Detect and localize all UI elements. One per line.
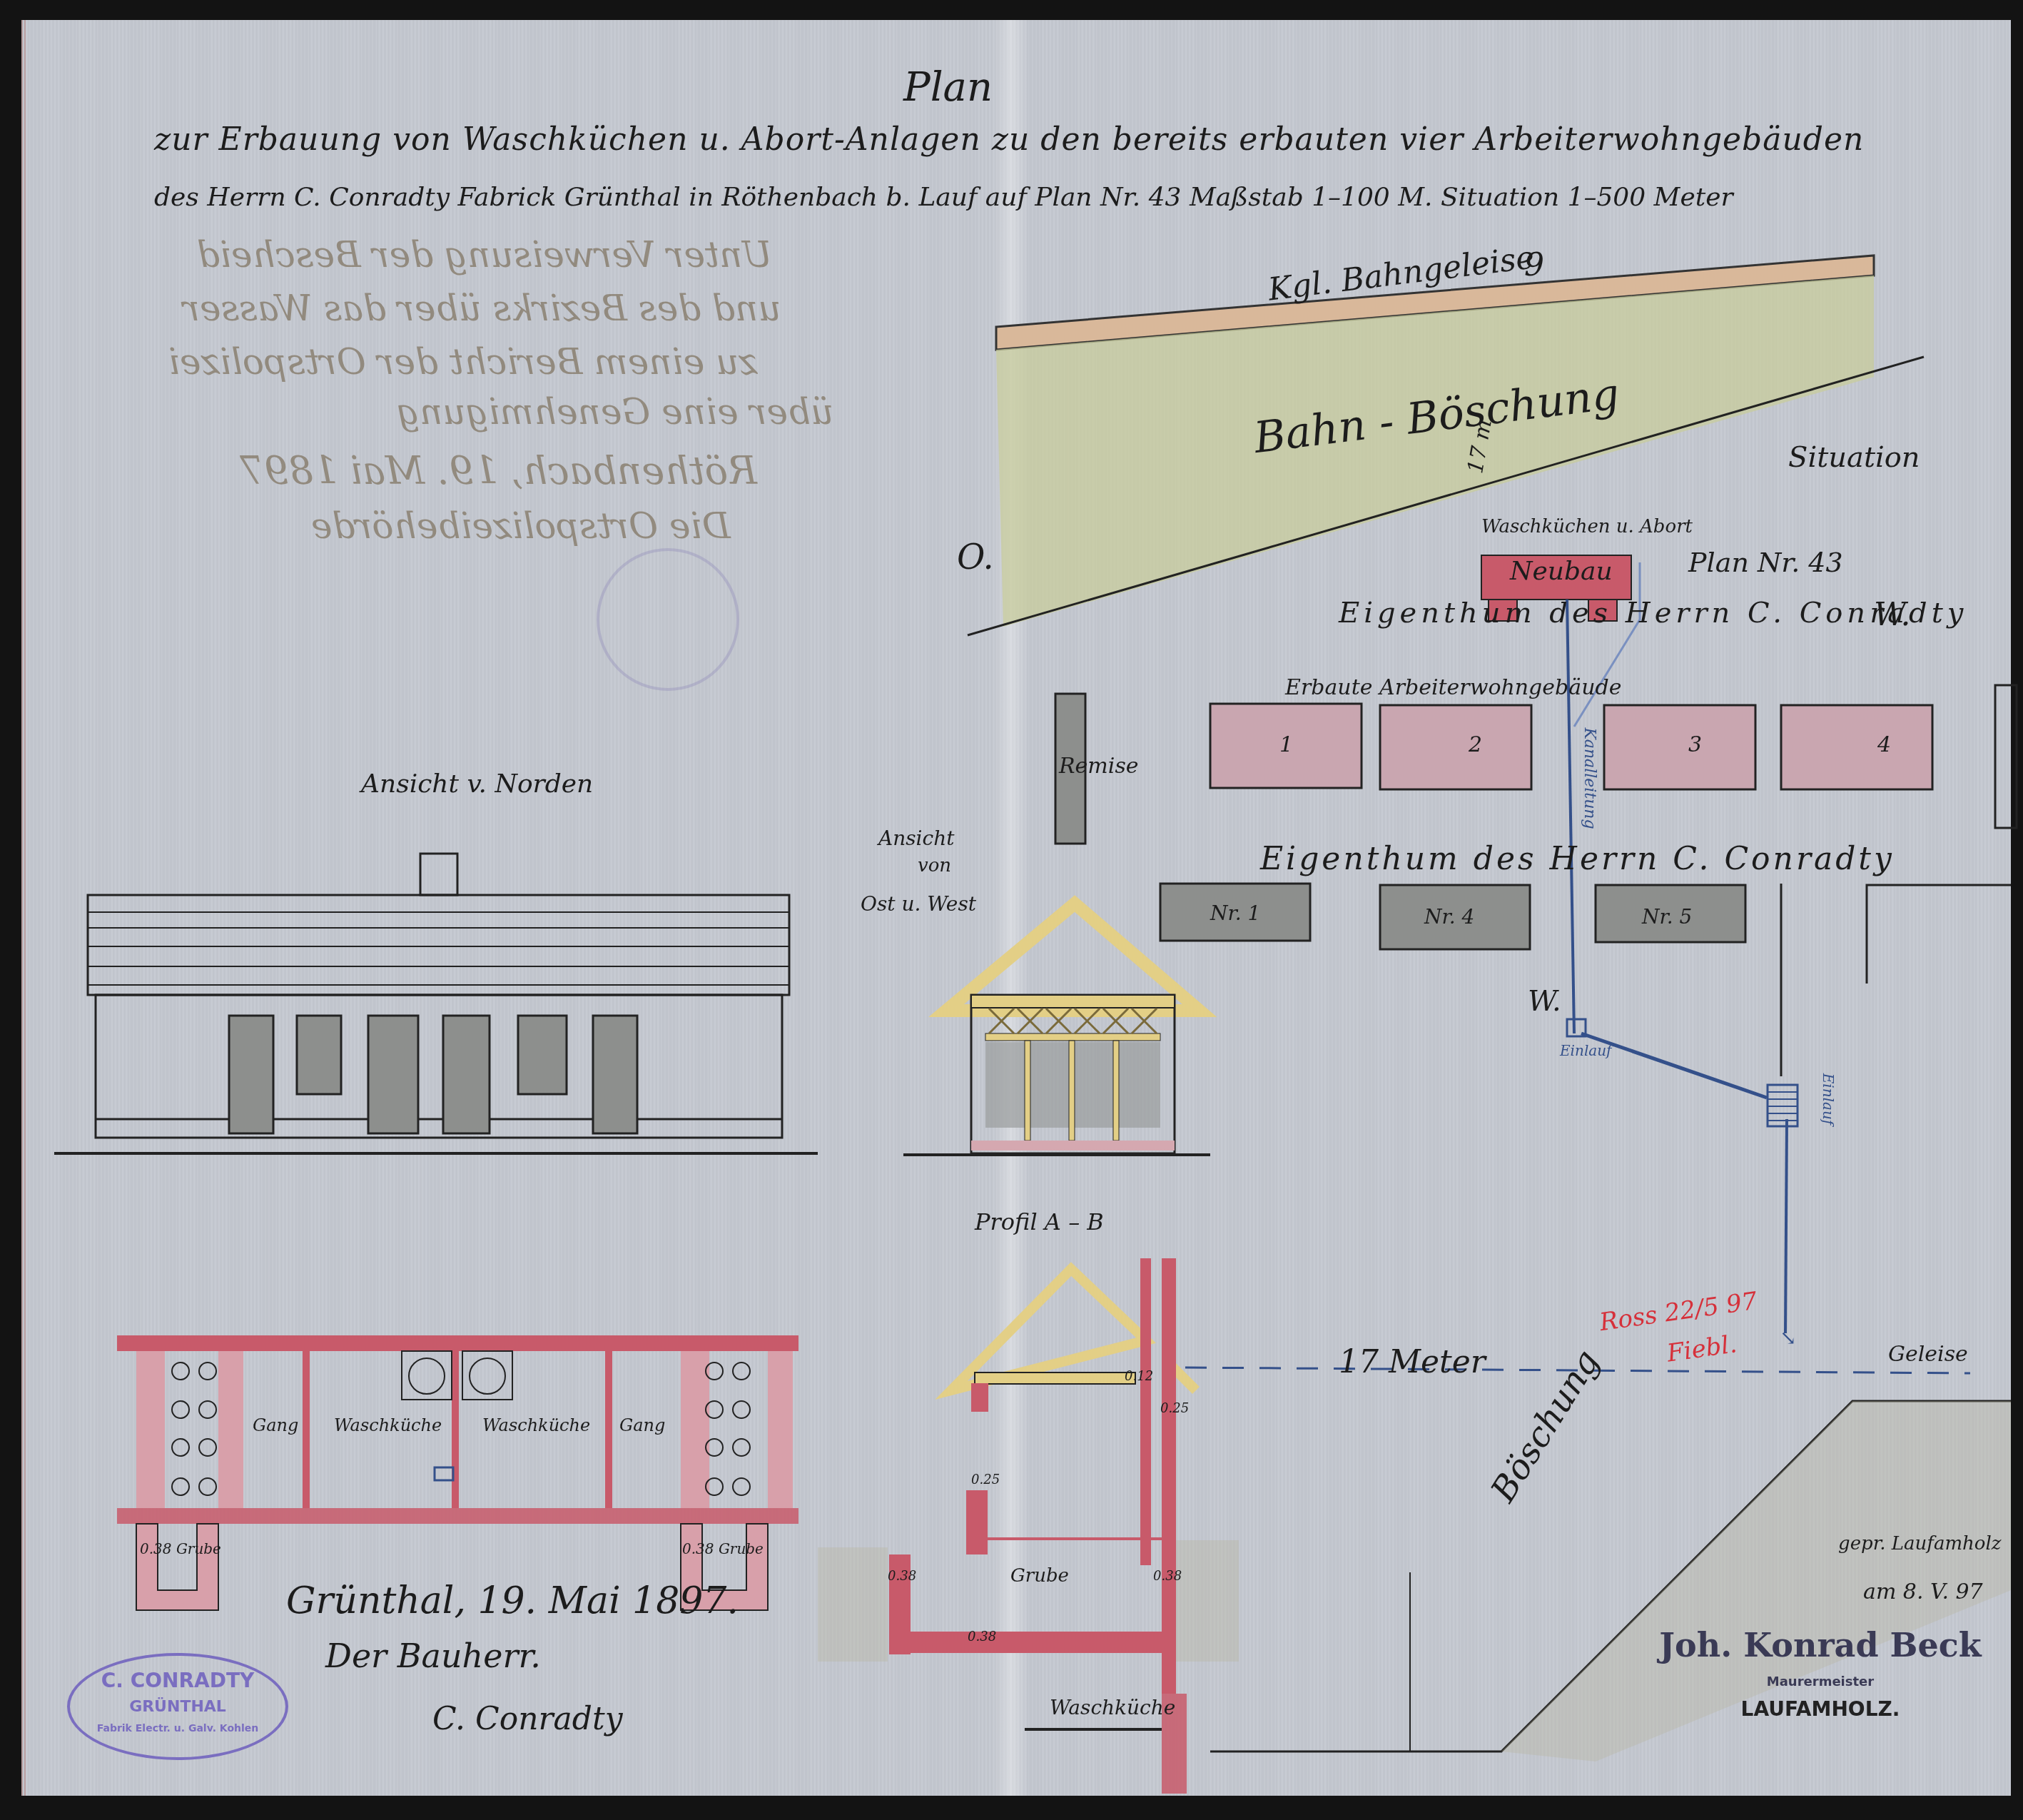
owner-oval-stamp: C. CONRADTY GRÜNTHAL Fabrik Electr. u. G… [67,1653,288,1760]
waschkueche-section-label: Waschküche [1050,1696,1175,1719]
house-number-3: 3 [1688,732,1702,757]
builder-stamp-name: Joh. Konrad Beck [1653,1626,1988,1664]
signature-role: Der Bauherr. [325,1637,541,1675]
dim-wall: 0.25 [971,1472,1000,1487]
owner-stamp-line-2: GRÜNTHAL [70,1698,285,1716]
room-label-waschkueche-left: Waschküche [334,1415,442,1435]
outlet-label: Einlauf [1820,1073,1837,1125]
builder-stamp-title: Maurermeister [1653,1674,1988,1689]
house-number-4: 4 [1877,732,1891,757]
situation-label: Situation [1788,441,1920,474]
dim-pit-floor: 0.38 [968,1629,996,1644]
certified-line-2: am 8. V. 97 [1863,1579,1983,1604]
remise-label: Remise [1059,754,1139,779]
room-label-gang-right: Gang [619,1415,665,1435]
room-label-waschkueche-right: Waschküche [482,1415,590,1435]
dim-chimney-outer: 0.25 [1160,1401,1189,1416]
ew-view-label-2: von [918,855,951,876]
plan-number: Plan Nr. 43 [1688,547,1843,578]
pipe-label: Kanalleitung [1581,727,1598,829]
dim-chimney-inner: 0.12 [1125,1369,1153,1384]
situation-plan-drawing [26,20,2011,1796]
track-label: Geleise [1888,1342,1968,1367]
outbuilding-3: Nr. 5 [1642,905,1692,929]
room-label-gang-left: Gang [253,1415,298,1435]
new-building-caption: Waschküchen u. Abort [1481,516,1693,537]
east-label: O. [957,537,994,577]
signature-place-date: Grünthal, 19. Mai 1897. [286,1579,739,1622]
outbuilding-2: Nr. 4 [1424,905,1474,929]
certified-line-1: gepr. Laufamholz [1838,1533,2001,1554]
house-number-2: 2 [1469,732,1482,757]
distance-label: 17 Meter [1339,1344,1486,1380]
outbuilding-1: Nr. 1 [1210,901,1260,925]
pit-label-left: 0.38 Grube [140,1540,221,1557]
dim-pit-right: 0.38 [1153,1569,1182,1584]
pit-label-right: 0.38 Grube [682,1540,764,1557]
built-houses-caption: Erbaute Arbeiterwohngebäude [1285,675,1621,700]
ew-view-label-3: Ost u. West [861,892,976,916]
plan-sheet: Plan zur Erbauung von Waschküchen u. Abo… [21,20,2011,1796]
new-building-label: Neubau [1510,557,1613,586]
owner-stamp-line-3: Fabrik Electr. u. Galv. Kohlen [70,1723,285,1734]
owner-stamp-line-1: C. CONRADTY [70,1669,285,1692]
owner-label-bottom: Eigenthum des Herrn C. Conradty [1260,841,1895,877]
inlet-label: Einlauf [1560,1042,1611,1059]
west-pit-label: W. [1528,985,1561,1018]
pit-label: Grube [1010,1565,1069,1587]
ew-view-label-1: Ansicht [878,826,955,850]
railway-mark: 9 [1524,247,1544,283]
section-label: Profil A – B [975,1208,1104,1235]
west-label: W. [1874,597,1911,633]
builder-stamp-place: LAUFAMHOLZ. [1653,1697,1988,1721]
flow-arrow-icon: ↘ [1780,1326,1796,1350]
house-number-1: 1 [1279,732,1293,757]
north-view-label: Ansicht v. Norden [361,769,593,799]
signature-name: C. Conradty [432,1701,623,1737]
dim-pit-left: 0.38 [888,1569,916,1584]
